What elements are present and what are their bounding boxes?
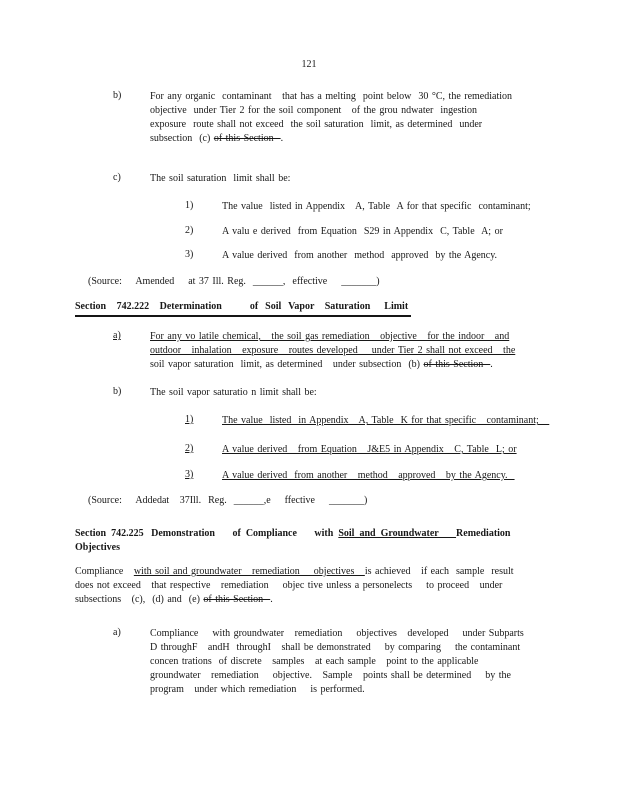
underlined-text: A value derived from another method appr… — [222, 470, 515, 481]
text-run: D throughF andH throughI shall be demons… — [150, 642, 520, 653]
text-run: objective under Tier 2 for the soil comp… — [150, 105, 477, 116]
text-line: groundwater remediation objective. Sampl… — [150, 669, 524, 683]
item-3-agency-method: A value derived from another method appr… — [222, 249, 497, 263]
struck-text: of this Section — [203, 594, 270, 605]
text-run: subsections (c), (d) and (e) — [75, 594, 203, 605]
text-line: A value derived from another method appr… — [222, 469, 515, 483]
text-line: program under which remediation is perfo… — [150, 683, 524, 697]
text-line: For any vo latile chemical, the soil gas… — [150, 330, 515, 344]
list-label-3: 3) — [185, 249, 193, 260]
para-c-soil-saturation-limit: The soil saturation limit shall be: — [150, 172, 290, 186]
text-run: . — [270, 594, 273, 605]
text-run: A value derived from another method appr… — [222, 250, 497, 261]
text-line: soil vapor saturation limit, as determin… — [150, 358, 515, 372]
page-number: 121 — [0, 59, 618, 70]
item-1-appendix-a-table-a: The value listed in Appendix A, Table A … — [222, 200, 531, 214]
text-line: A value derived from Equation J&E5 in Ap… — [222, 443, 517, 457]
para-compliance-intro: Compliance with soil and groundwater rem… — [75, 565, 514, 607]
para-b-soil-vapor-saturation-limit: The soil vapor saturatio n limit shall b… — [150, 386, 317, 400]
item-2-equation-je5: A value derived from Equation J&E5 in Ap… — [222, 443, 517, 457]
source-line-amended: (Source: Amended at 37 Ill. Reg. ______,… — [88, 275, 380, 289]
underlined-text: For any vo latile chemical, the soil gas… — [150, 331, 509, 342]
text-run: concen trations of discrete samples at e… — [150, 656, 478, 667]
list-label-b2: b) — [113, 386, 121, 397]
list-label-2-underlined: 2) — [185, 443, 193, 454]
text-run: Remediation — [456, 528, 510, 539]
text-run: Objectives — [75, 542, 120, 553]
text-line: Compliance with soil and groundwater rem… — [75, 565, 514, 579]
list-label-1: 1) — [185, 200, 193, 211]
text-line: exposure route shall not exceed the soil… — [150, 118, 512, 132]
text-line: (Source: Amended at 37 Ill. Reg. ______,… — [88, 275, 380, 289]
text-line: A value derived from another method appr… — [222, 249, 497, 263]
struck-text: of this Section — [214, 133, 281, 144]
text-run: Section 742.222 Determination of Soil Va… — [75, 301, 408, 312]
text-run: . — [490, 359, 493, 370]
underlined-text: A value derived from Equation J&E5 in Ap… — [222, 444, 517, 455]
list-label-a-underlined: a) — [113, 330, 121, 341]
para-b-melting-point: For any organic contaminant that has a m… — [150, 90, 512, 146]
text-run: subsection (c) — [150, 133, 214, 144]
text-line: outdoor inhalation exposure routes devel… — [150, 344, 515, 358]
text-line: Section 742.225 Demonstration of Complia… — [75, 527, 511, 541]
text-line: The value listed in Appendix A, Table A … — [222, 200, 531, 214]
text-line: The value listed in Appendix A, Table K … — [222, 414, 549, 428]
list-label-c: c) — [113, 172, 121, 183]
text-run: For any organic contaminant that has a m… — [150, 91, 512, 102]
struck-text: of this Section — [424, 359, 491, 370]
list-label-1-underlined: 1) — [185, 414, 193, 425]
text-line: Objectives — [75, 541, 511, 555]
text-line: subsections (c), (d) and (e) of this Sec… — [75, 593, 514, 607]
item-2-equation-s29: A valu e derived from Equation S29 in Ap… — [222, 225, 503, 239]
text-run: A valu e derived from Equation S29 in Ap… — [222, 226, 503, 237]
text-line: D throughF andH throughI shall be demons… — [150, 641, 524, 655]
text-line: A valu e derived from Equation S29 in Ap… — [222, 225, 503, 239]
text-run: The soil vapor saturatio n limit shall b… — [150, 387, 317, 398]
text-line: Section 742.222 Determination of Soil Va… — [75, 300, 411, 317]
underlined-text: Soil and Groundwater — [338, 528, 456, 539]
text-line: Compliance with groundwater remediation … — [150, 627, 524, 641]
text-line: For any organic contaminant that has a m… — [150, 90, 512, 104]
text-run: Compliance — [75, 566, 134, 577]
text-run: soil vapor saturation limit, as determin… — [150, 359, 424, 370]
text-line: The soil vapor saturatio n limit shall b… — [150, 386, 317, 400]
text-run: Compliance with groundwater remediation … — [150, 628, 524, 639]
item-1-appendix-a-table-k: The value listed in Appendix A, Table K … — [222, 414, 549, 428]
text-line: (Source: Addedat 37Ill. Reg. ______,e ff… — [88, 494, 367, 508]
underlined-text: with soil and groundwater remediation ob… — [134, 566, 365, 577]
underlined-text: The value listed in Appendix A, Table K … — [222, 415, 549, 426]
list-label-b: b) — [113, 90, 121, 101]
section-heading-742-225: Section 742.225 Demonstration of Complia… — [75, 527, 511, 555]
list-label-3-underlined: 3) — [185, 469, 193, 480]
item-3-agency-method-2: A value derived from another method appr… — [222, 469, 515, 483]
text-line: The soil saturation limit shall be: — [150, 172, 290, 186]
text-run: (Source: Addedat 37Ill. Reg. ______,e ff… — [88, 495, 367, 506]
text-run: The value listed in Appendix A, Table A … — [222, 201, 531, 212]
text-line: objective under Tier 2 for the soil comp… — [150, 104, 512, 118]
text-run: does not exceed that respective remediat… — [75, 580, 502, 591]
text-run: Section 742.225 Demonstration of Complia… — [75, 528, 338, 539]
document-page: 121 b) For any organic contaminant that … — [0, 0, 618, 800]
list-label-2: 2) — [185, 225, 193, 236]
text-run: groundwater remediation objective. Sampl… — [150, 670, 511, 681]
text-line: subsection (c) of this Section . — [150, 132, 512, 146]
text-run: (Source: Amended at 37 Ill. Reg. ______,… — [88, 276, 380, 287]
list-label-a2: a) — [113, 627, 121, 638]
text-run: exposure route shall not exceed the soil… — [150, 119, 482, 130]
text-run: program under which remediation is perfo… — [150, 684, 365, 695]
para-a-soil-gas-remediation: For any vo latile chemical, the soil gas… — [150, 330, 515, 372]
para-a-groundwater-compliance: Compliance with groundwater remediation … — [150, 627, 524, 697]
underlined-text: outdoor inhalation exposure routes devel… — [150, 345, 515, 356]
text-line: does not exceed that respective remediat… — [75, 579, 514, 593]
text-run: The soil saturation limit shall be: — [150, 173, 290, 184]
section-heading-742-222: Section 742.222 Determination of Soil Va… — [75, 300, 411, 317]
text-run: is achieved if each sample result — [365, 566, 514, 577]
text-line: concen trations of discrete samples at e… — [150, 655, 524, 669]
source-line-added: (Source: Addedat 37Ill. Reg. ______,e ff… — [88, 494, 367, 508]
text-run: . — [281, 133, 284, 144]
